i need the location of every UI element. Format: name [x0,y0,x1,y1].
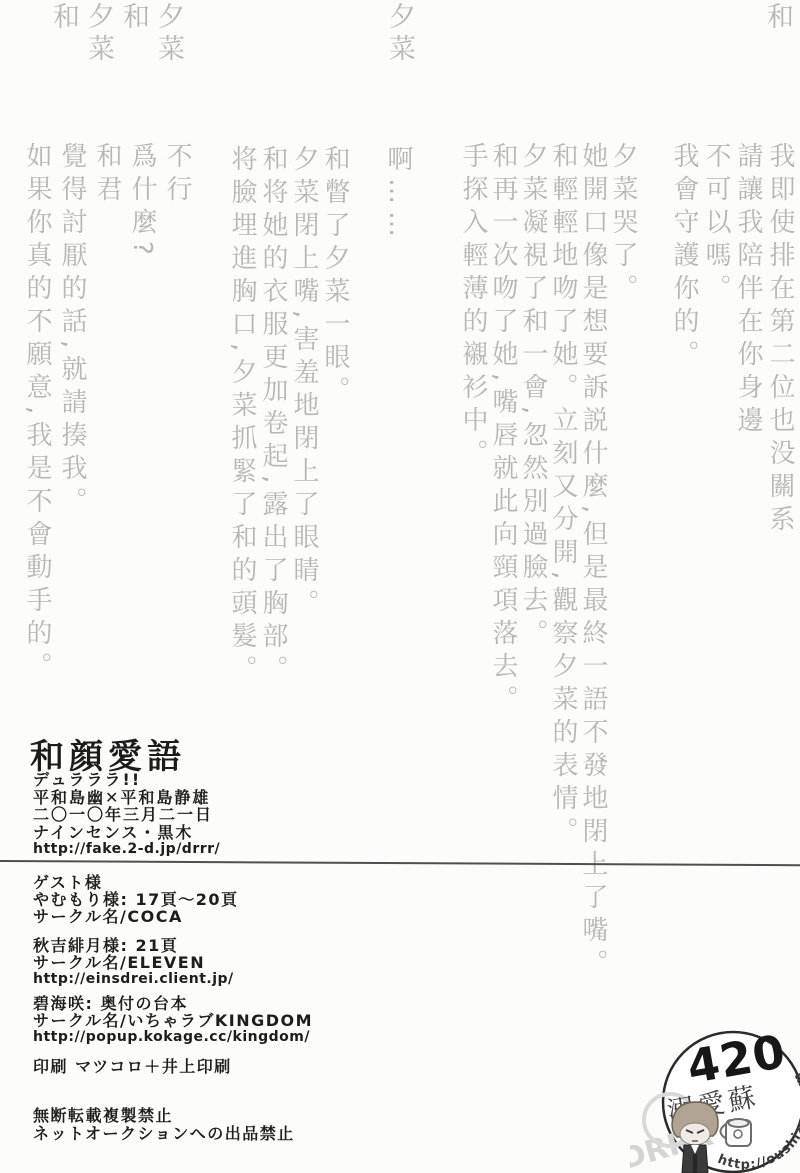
story-column: 覺得討厭的話,就請揍我。 [54,142,89,685]
guest-url: http://popup.kokage.cc/kingdom/ [33,1029,313,1046]
speaker-label: 和 [116,2,151,66]
story-column: 和再一次吻了她,嘴唇就此向頸項落去。 [488,142,518,982]
story-column: 将臉埋進胸口,夕菜抓緊了和的頭髮。 [226,145,257,688]
series-name: デュラララ!! [33,771,220,789]
story-column: 她開口像是想要訴説什麼,但是最終一語不發地閉上了嘴。 [578,142,608,982]
story-column: 和瞥了夕菜一眼。 [319,145,350,688]
printer-credit: 印刷 マツコロ＋井上印刷 [33,1058,232,1075]
story-column: 夕菜凝視了和一會,忽然別過臉去。 [518,142,548,982]
speaker-label: 夕菜 [383,2,415,66]
story-column: 請讓我陪伴在你身邊 [732,142,764,538]
guest-credit-2: 秋吉緋月様: 21頁 サークル名/ELEVEN http://einsdrei.… [33,937,234,988]
top-speaker-labels-left: 夕菜 和 夕菜 和 [46,2,186,66]
story-column: 夕菜閉上嘴,害羞地閉上了眼睛。 [288,145,319,688]
story-column: 和君 [89,142,124,685]
speaker-label: 夕菜 [81,2,116,66]
circle-url: http://fake.2-d.jp/drrr/ [33,841,220,859]
story-column: 不行 [159,142,194,685]
speaker-label: 和 [46,2,81,66]
guest-name: 秋吉緋月様: 21頁 [33,937,234,954]
guest-circle: サークル名/COCA [33,908,239,925]
guest-credit-3: 碧海咲: 奥付の台本 サークル名/いちゃラブKINGDOM http://pop… [33,995,313,1046]
circle-stamp: DRRR 420 溺愛蘇 [630,1020,800,1173]
story-column: 爲什麼? [124,142,159,685]
stamp-graphic: DRRR 420 溺愛蘇 [630,1020,800,1173]
story-column: 和将她的衣服更加卷起,露出了胸部。 [257,145,288,688]
publication-info: デュラララ!! 平和島幽✕平和島静雄 二〇一〇年三月二一日 ナインセンス・黒木 … [33,771,220,859]
guest-name: 碧海咲: 奥付の台本 [33,995,313,1012]
story-column: 手探入輕薄的襯衫中。 [458,142,488,982]
story-group-d: 不行 爲什麼? 和君 覺得討厭的話,就請揍我。 如果你真的不願意,我是不會動手的… [19,142,194,685]
guest-url: http://einsdrei.client.jp/ [33,971,234,988]
publication-date: 二〇一〇年三月二一日 [33,806,220,824]
story-interjection: 啊…… [382,145,414,244]
pairing: 平和島幽✕平和島静雄 [33,789,220,807]
guest-circle: サークル名/いちゃラブKINGDOM [33,1012,313,1029]
guest-name: やむもり様: 17頁〜20頁 [33,891,239,908]
story-column: 夕菜哭了。 [608,142,638,982]
story-column: 不可以嗎。 [700,142,732,538]
story-column: 我會守護你的。 [668,142,700,538]
story-column: 我即使排在第二位也没關系 [764,142,796,538]
doujinshi-colophon-page: 和 夕菜 夕菜 和 夕菜 和 我即使排在第二位也没關系 請讓我陪伴在你身邊 不可… [0,0,800,1173]
guest-credit-1: ゲスト様 やむもり様: 17頁〜20頁 サークル名/COCA [33,874,239,925]
speaker-label: 和 [761,2,793,34]
printer-name: 印刷 マツコロ＋井上印刷 [33,1058,232,1075]
story-column: 和輕輕地吻了她。立刻又分開,觀察夕菜的表情。 [548,142,578,982]
story-column: 啊…… [382,145,414,244]
top-speaker-label-right: 和 [761,2,793,34]
guest-header: ゲスト様 [33,874,239,891]
guest-circle: サークル名/ELEVEN [33,954,234,971]
legal-notices: 無断転載複製禁止 ネットオークションへの出品禁止 [33,1107,295,1143]
circle-name: ナインセンス・黒木 [33,824,220,842]
notice-line: 無断転載複製禁止 [33,1107,295,1125]
top-speaker-label-middle: 夕菜 [383,2,415,66]
notice-line: ネットオークションへの出品禁止 [33,1125,295,1143]
story-group-a: 我即使排在第二位也没關系 請讓我陪伴在你身邊 不可以嗎。 我會守護你的。 [668,142,796,538]
story-column: 如果你真的不願意,我是不會動手的。 [19,142,54,685]
divider-line [0,860,800,866]
speaker-label: 夕菜 [151,2,186,66]
story-group-c: 和瞥了夕菜一眼。 夕菜閉上嘴,害羞地閉上了眼睛。 和将她的衣服更加卷起,露出了胸… [226,145,350,688]
story-group-b: 夕菜哭了。 她開口像是想要訴説什麼,但是最終一語不發地閉上了嘴。 和輕輕地吻了她… [458,142,638,982]
